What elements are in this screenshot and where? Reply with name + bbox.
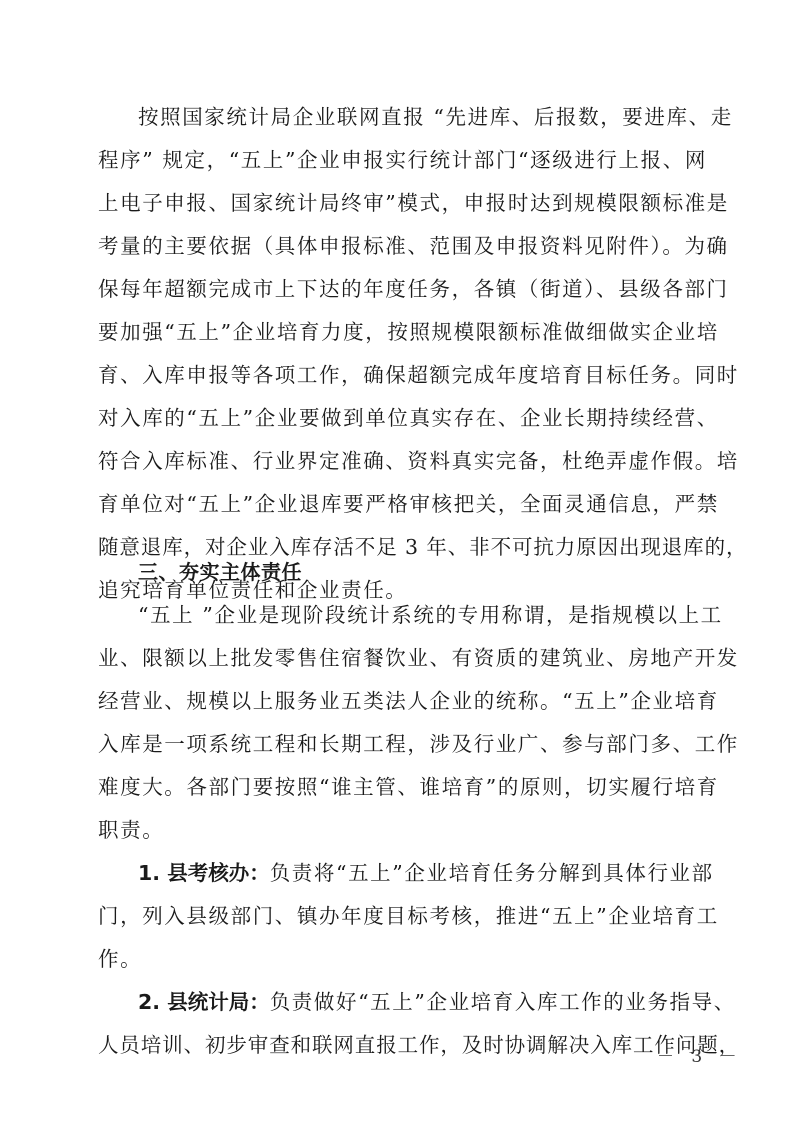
- list-item-label: 2. 县统计局：: [138, 990, 270, 1014]
- section-heading: 三、夯实主体责任: [138, 558, 706, 586]
- paragraph-line: 经营业、规模以上服务业五类法人企业的统称。“五上”企业培育: [98, 687, 706, 715]
- paragraph-line: 作。: [98, 945, 706, 973]
- paragraph-line: 对入库的“五上”企业要做到单位真实存在、企业长期持续经营、: [98, 404, 706, 432]
- paragraph-line: 育单位对“五上”企业退库要严格审核把关，全面灵通信息，严禁: [98, 490, 706, 518]
- paragraph-line: 按照国家统计局企业联网直报 “先进库、后报数，要进库、走: [138, 103, 706, 131]
- page-number: － 3 －: [657, 1042, 743, 1067]
- paragraph-line: 要加强“五上”企业培育力度，按照规模限额标准做细做实企业培: [98, 318, 706, 346]
- paragraph-line: 人员培训、初步审查和联网直报工作，及时协调解决入库工作问题，: [98, 1031, 706, 1059]
- paragraph-line: 考量的主要依据（具体申报标准、范围及申报资料见附件）。为确: [98, 232, 706, 260]
- paragraph-line: 程序” 规定，“五上”企业申报实行统计部门“逐级进行上报、网: [98, 146, 706, 174]
- paragraph-line: 育、入库申报等各项工作，确保超额完成年度培育目标任务。同时: [98, 361, 706, 389]
- paragraph-line: 难度大。各部门要按照“谁主管、谁培育”的原则，切实履行培育: [98, 773, 706, 801]
- paragraph-line: 符合入库标准、行业界定准确、资料真实完备，杜绝弄虚作假。培: [98, 447, 706, 475]
- list-item-1-first-line: 1. 县考核办：负责将“五上”企业培育任务分解到具体行业部: [138, 859, 706, 887]
- list-item-text: 负责做好“五上”企业培育入库工作的业务指导、: [270, 990, 736, 1014]
- paragraph-line: 保每年超额完成市上下达的年度任务，各镇（街道）、县级各部门: [98, 275, 706, 303]
- paragraph-line: 随意退库，对企业入库存活不足 3 年、非不可抗力原因出现退库的，: [98, 533, 706, 561]
- list-item-2-first-line: 2. 县统计局：负责做好“五上”企业培育入库工作的业务指导、: [138, 988, 706, 1016]
- list-item-label: 1. 县考核办：: [138, 861, 270, 885]
- paragraph-line: 门，列入县级部门、镇办年度目标考核，推进“五上”企业培育工: [98, 902, 706, 930]
- paragraph-line: 入库是一项系统工程和长期工程，涉及行业广、参与部门多、工作: [98, 730, 706, 758]
- paragraph-line: 上电子申报、国家统计局终审”模式，申报时达到规模限额标准是: [98, 189, 706, 217]
- paragraph-line: 职责。: [98, 816, 706, 844]
- document-page: 按照国家统计局企业联网直报 “先进库、后报数，要进库、走 程序” 规定，“五上”…: [0, 0, 793, 1122]
- list-item-text: 负责将“五上”企业培育任务分解到具体行业部: [270, 861, 714, 885]
- paragraph-line: 业、限额以上批发零售住宿餐饮业、有资质的建筑业、房地产开发: [98, 644, 706, 672]
- paragraph-line: “五上 ”企业是现阶段统计系统的专用称谓，是指规模以上工: [138, 601, 706, 629]
